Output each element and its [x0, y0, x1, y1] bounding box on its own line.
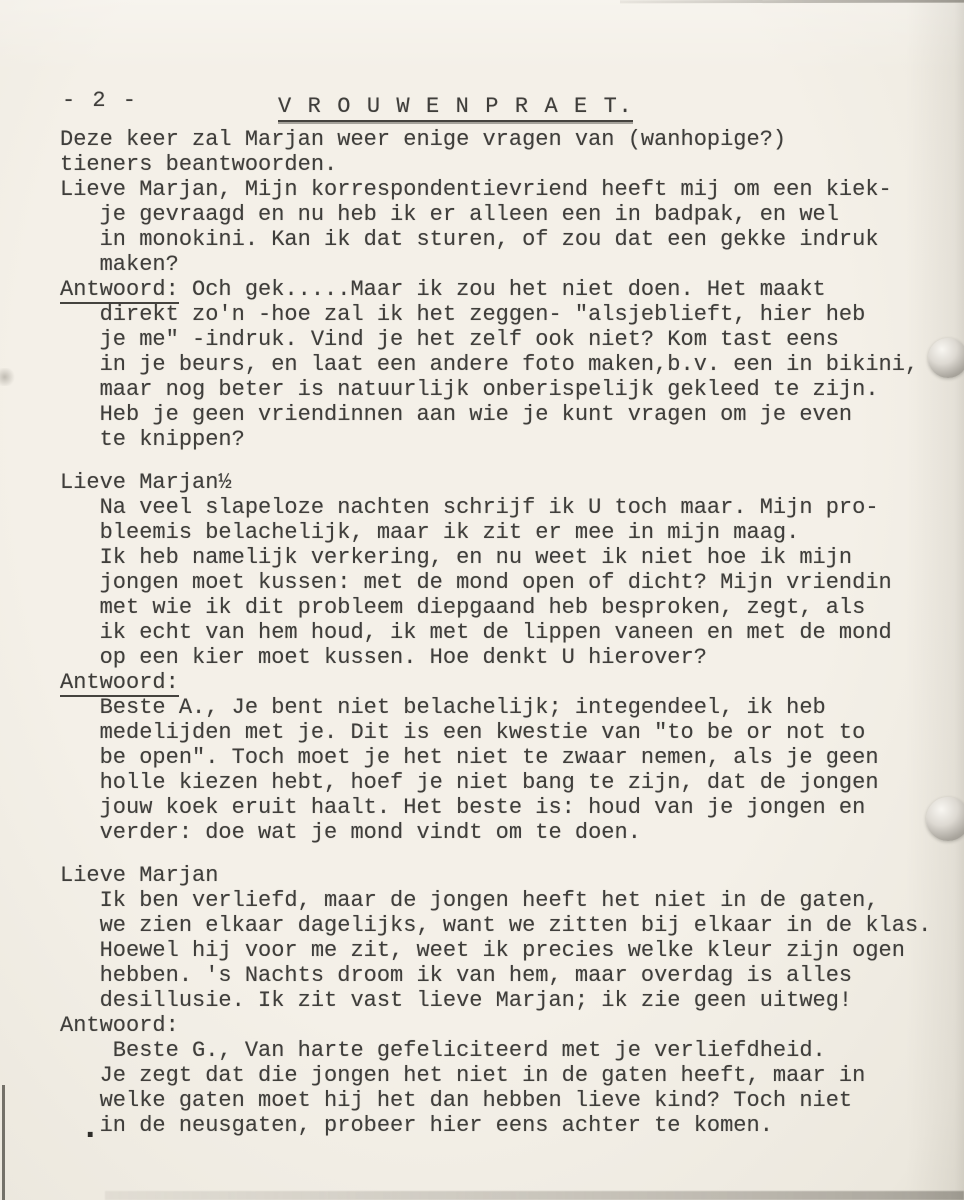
underlined-label: Antwoord:: [60, 670, 179, 697]
text-line: welke gaten moet hij het dan hebben liev…: [60, 1088, 960, 1113]
text-line: verder: doe wat je mond vindt om te doen…: [60, 820, 960, 845]
punch-hole-icon: [928, 338, 964, 378]
page-number: - 2 -: [62, 88, 138, 113]
document-body: Deze keer zal Marjan weer enige vragen v…: [60, 127, 960, 1138]
scan-edge-top: [620, 0, 964, 3]
text-line: medelijden met je. Dit is een kwestie va…: [60, 720, 960, 745]
text-line: Lieve Marjan, Mijn korrespondentievriend…: [60, 177, 960, 202]
text-line: maken?: [60, 252, 960, 277]
text-line: Ik ben verliefd, maar de jongen heeft he…: [60, 888, 960, 913]
text-line: bleemis belachelijk, maar ik zit er mee …: [60, 520, 960, 545]
text-line: je me" -indruk. Vind je het zelf ook nie…: [60, 327, 960, 352]
ink-dot: .: [80, 1112, 100, 1146]
text-line: Antwoord:: [60, 1013, 960, 1038]
text-line: Lieve Marjan: [60, 863, 960, 888]
page-title: V R O U W E N P R A E T.: [278, 94, 633, 122]
text-line: ik echt van hem houd, ik met de lippen v…: [60, 620, 960, 645]
text-line: hebben. 's Nachts droom ik van hem, maar…: [60, 963, 960, 988]
text-line: je gevraagd en nu heb ik er alleen een i…: [60, 202, 960, 227]
text-line: Lieve Marjan½: [60, 470, 960, 495]
text-line: met wie ik dit probleem diepgaand heb be…: [60, 595, 960, 620]
text-line: Hoewel hij voor me zit, weet ik precies …: [60, 938, 960, 963]
text-line: jongen moet kussen: met de mond open of …: [60, 570, 960, 595]
text-line: holle kiezen hebt, hoef je niet bang te …: [60, 770, 960, 795]
text-line: Antwoord:: [60, 670, 960, 695]
scanned-page: - 2 - V R O U W E N P R A E T. Deze keer…: [0, 0, 964, 1200]
punch-hole-icon: [926, 797, 964, 841]
underlined-label: Antwoord:: [60, 277, 179, 304]
blank-line: [60, 845, 960, 863]
text-line: in je beurs, en laat een andere foto mak…: [60, 352, 960, 377]
text-line: jouw koek eruit haalt. Het beste is: hou…: [60, 795, 960, 820]
text-line: Je zegt dat die jongen het niet in de ga…: [60, 1063, 960, 1088]
text-line: Heb je geen vriendinnen aan wie je kunt …: [60, 402, 960, 427]
text-line: in de neusgaten, probeer hier eens achte…: [60, 1113, 960, 1138]
text-line: direkt zo'n -hoe zal ik het zeggen- "als…: [60, 302, 960, 327]
text-line: te knippen?: [60, 427, 960, 452]
text-line: Beste A., Je bent niet belachelijk; inte…: [60, 695, 960, 720]
scan-edge-bottom: [105, 1191, 964, 1200]
text-line: Deze keer zal Marjan weer enige vragen v…: [60, 127, 960, 152]
text-line: Na veel slapeloze nachten schrijf ik U t…: [60, 495, 960, 520]
text-line: op een kier moet kussen. Hoe denkt U hie…: [60, 645, 960, 670]
text-line: tieners beantwoorden.: [60, 152, 960, 177]
text-line: desillusie. Ik zit vast lieve Marjan; ik…: [60, 988, 960, 1013]
ink-smudge: [0, 368, 16, 386]
text-line: maar nog beter is natuurlijk onberispeli…: [60, 377, 960, 402]
text-line: we zien elkaar dagelijks, want we zitten…: [60, 913, 960, 938]
scan-edge-left: [2, 1085, 5, 1200]
text-line: in monokini. Kan ik dat sturen, of zou d…: [60, 227, 960, 252]
text-line: Ik heb namelijk verkering, en nu weet ik…: [60, 545, 960, 570]
text-line: Beste G., Van harte gefeliciteerd met je…: [60, 1038, 960, 1063]
text-line: Antwoord: Och gek.....Maar ik zou het ni…: [60, 277, 960, 302]
text-line: be open". Toch moet je het niet te zwaar…: [60, 745, 960, 770]
blank-line: [60, 452, 960, 470]
